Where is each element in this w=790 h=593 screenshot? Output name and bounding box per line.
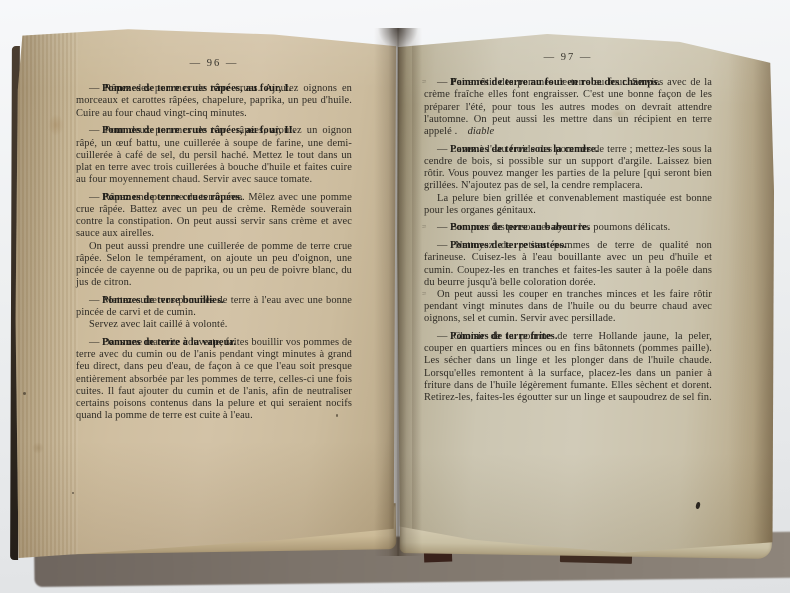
signature-mark — [695, 502, 701, 510]
page-text-left: — 96 — Pommes de terre crues râpées, au … — [76, 58, 352, 422]
recipe-title: Pommes de terre crues râpées, au four, I… — [89, 125, 296, 137]
recipe-list-left: Pommes de terre crues râpées, au four, I… — [76, 83, 352, 422]
recipe-paragraph: Pommes de terre frites. — Choisir de la … — [424, 331, 712, 404]
recipe-title: Pommes de terre crues râpées, au four, I… — [89, 83, 291, 95]
recipe-paragraph: Pommes de terre à la vapeur. — Dans une … — [76, 337, 352, 422]
margin-pencil-mark: = — [422, 77, 427, 87]
recipe-paragraph: Pommes de terre crues râpées, au four, I… — [76, 83, 352, 120]
recipe-continuation-paragraph: =On peut aussi les couper en tranches mi… — [424, 289, 712, 326]
recipe-title: Pommes de terre frites. — [437, 331, 558, 343]
photo-background: — 96 — Pommes de terre crues râpées, au … — [0, 0, 790, 593]
page-edge-stack — [728, 34, 774, 558]
paper-fleck — [23, 392, 26, 395]
recipe-title: Pommes de terre à la vapeur. — [89, 337, 236, 349]
page-text-right: — 97 — =Pommes de terre au four en robe … — [424, 52, 712, 404]
recipe-paragraph: Pommes de terre sous la cendre. — Lavez … — [424, 144, 712, 193]
page-number-right: — 97 — — [424, 52, 712, 64]
recipe-title: Pommes de terre au babeurre. — [437, 222, 590, 234]
paper-stain — [48, 114, 64, 136]
page-number-left: — 96 — — [76, 58, 352, 70]
paper-stain — [32, 442, 44, 454]
margin-pencil-mark: = — [422, 222, 427, 232]
recipe-list-right: =Pommes de terre au four en robe des cha… — [424, 77, 712, 404]
recipe-title: Pommes de terre crues râpées. — [89, 192, 243, 204]
page-edge-stack — [14, 26, 78, 558]
recipe-title: Pommes de terre bouillies. — [89, 295, 224, 307]
book-page-right: — 97 — =Pommes de terre au four en robe … — [396, 34, 774, 558]
recipe-paragraph: Pommes de terre crues râpées. — Râpez un… — [76, 192, 352, 241]
book-page-left: — 96 — Pommes de terre crues râpées, au … — [14, 26, 396, 558]
paper-fleck — [72, 492, 74, 494]
recipe-paragraph: Pommes de terre sautées. — Nettoyez de p… — [424, 240, 712, 289]
recipe-continuation-paragraph: On peut aussi prendre une cuillerée de p… — [76, 241, 352, 290]
recipe-title: Pommes de terre sautées. — [437, 240, 567, 252]
recipe-continuation-paragraph: La pelure bien grillée et convenablement… — [424, 193, 712, 217]
recipe-paragraph: Pommes de terre crues râpées, au four, I… — [76, 125, 352, 186]
page-crease — [412, 34, 422, 558]
recipe-continuation-paragraph: Servez avec lait caillé à volonté. — [76, 319, 352, 331]
recipe-paragraph: =Pommes de terre au four en robe des cha… — [424, 77, 712, 138]
margin-pencil-mark: = — [422, 289, 427, 299]
recipe-paragraph: Pommes de terre bouillies. — Mettez cuir… — [76, 295, 352, 319]
recipe-title: Pommes de terre sous la cendre. — [437, 144, 598, 156]
recipe-title: Pommes de terre au four en robe des cham… — [437, 77, 660, 89]
recipe-paragraph: =Pommes de terre au babeurre. — Bon pour… — [424, 222, 712, 234]
